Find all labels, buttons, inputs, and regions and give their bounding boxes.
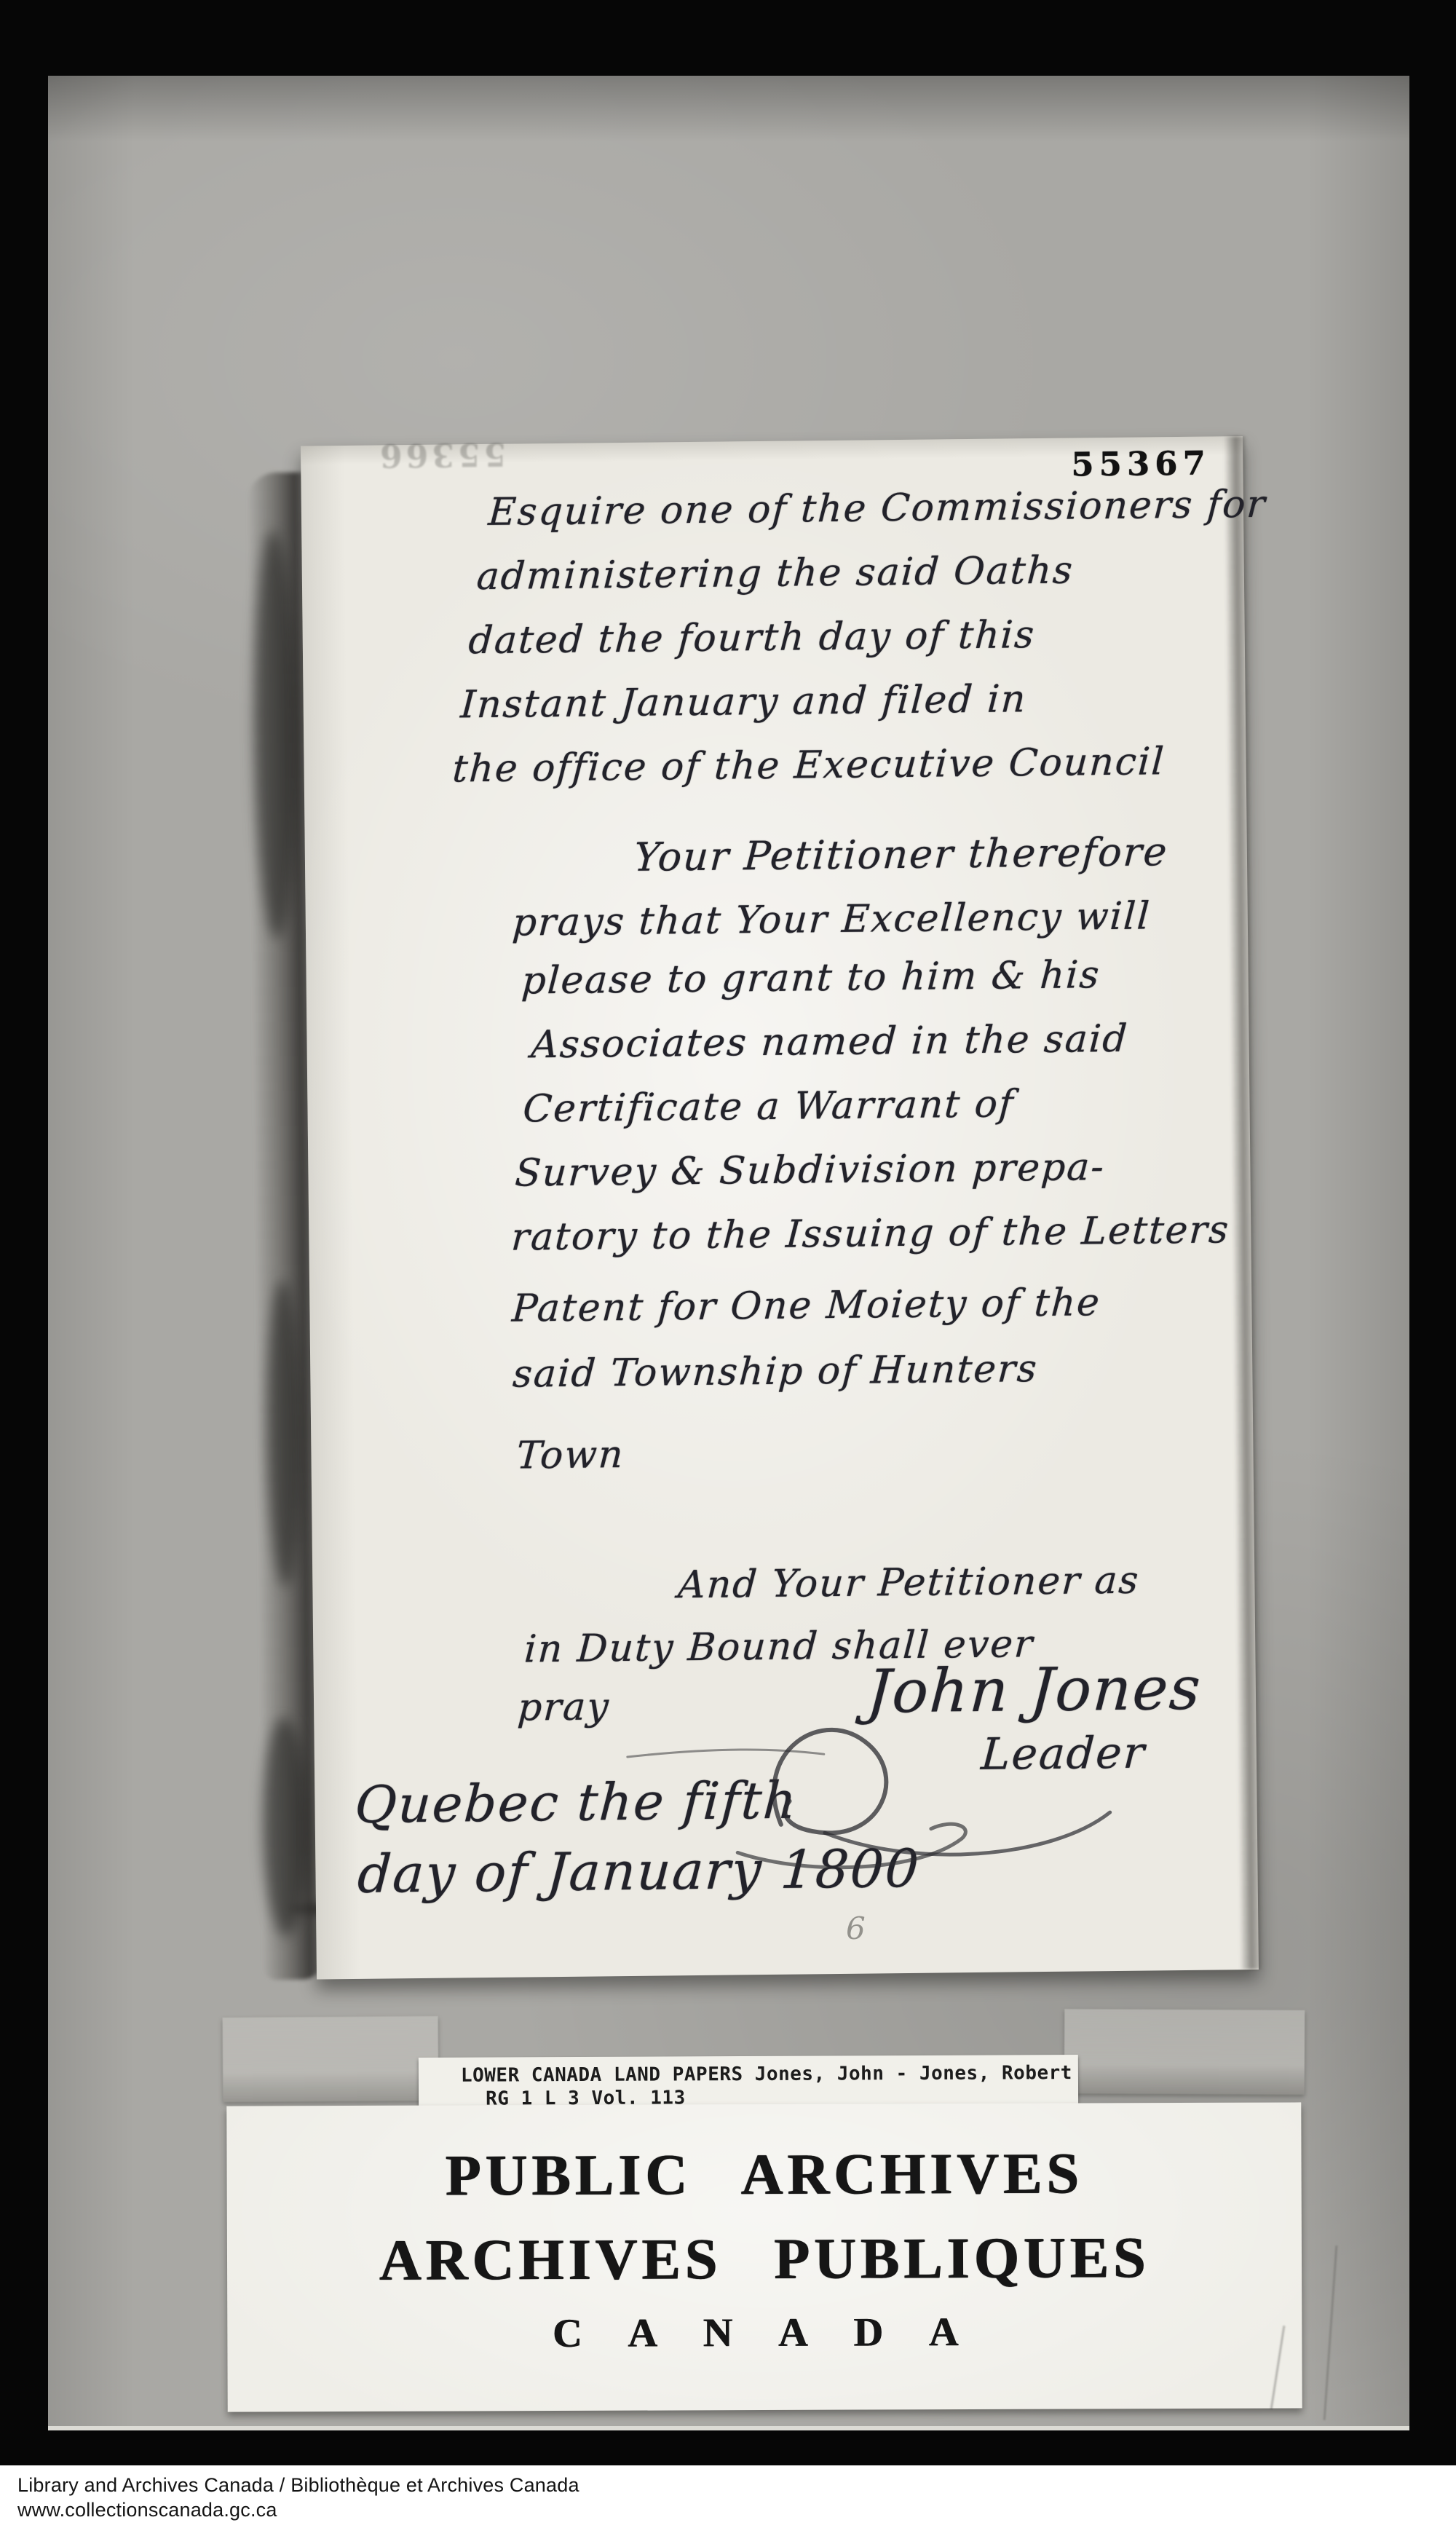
pencil-mark: 6	[846, 1911, 866, 1946]
background-crease	[1324, 2245, 1338, 2420]
attribution-url: www.collectionscanada.gc.ca	[17, 2499, 277, 2521]
microfilm-scan: { "photo": { "stamp_number": "55367", "b…	[0, 0, 1456, 2528]
card-title-en: PUBLIC ARCHIVES	[226, 2140, 1301, 2210]
tape-right	[1064, 2009, 1305, 2095]
attribution-text: Library and Archives Canada / Bibliothèq…	[17, 2474, 579, 2497]
card-title-country: C A N A D A	[227, 2307, 1302, 2358]
card-title-fr: ARCHIVES PUBLIQUES	[227, 2224, 1302, 2294]
archives-card: PUBLIC ARCHIVES ARCHIVES PUBLIQUES C A N…	[226, 2102, 1302, 2412]
photo-background: 55366 55367 Esquire one of the Commissio…	[48, 76, 1409, 2430]
footer-strip: Library and Archives Canada / Bibliothèq…	[0, 2465, 1456, 2528]
manuscript-page: 55366 55367 Esquire one of the Commissio…	[301, 436, 1259, 1979]
catalog-label-line1: LOWER CANADA LAND PAPERS Jones, John - J…	[461, 2062, 1072, 2087]
manuscript-wrap: 55366 55367 Esquire one of the Commissio…	[247, 433, 1282, 1988]
tape-left	[223, 2016, 439, 2102]
signature-flourish	[301, 436, 1259, 1979]
